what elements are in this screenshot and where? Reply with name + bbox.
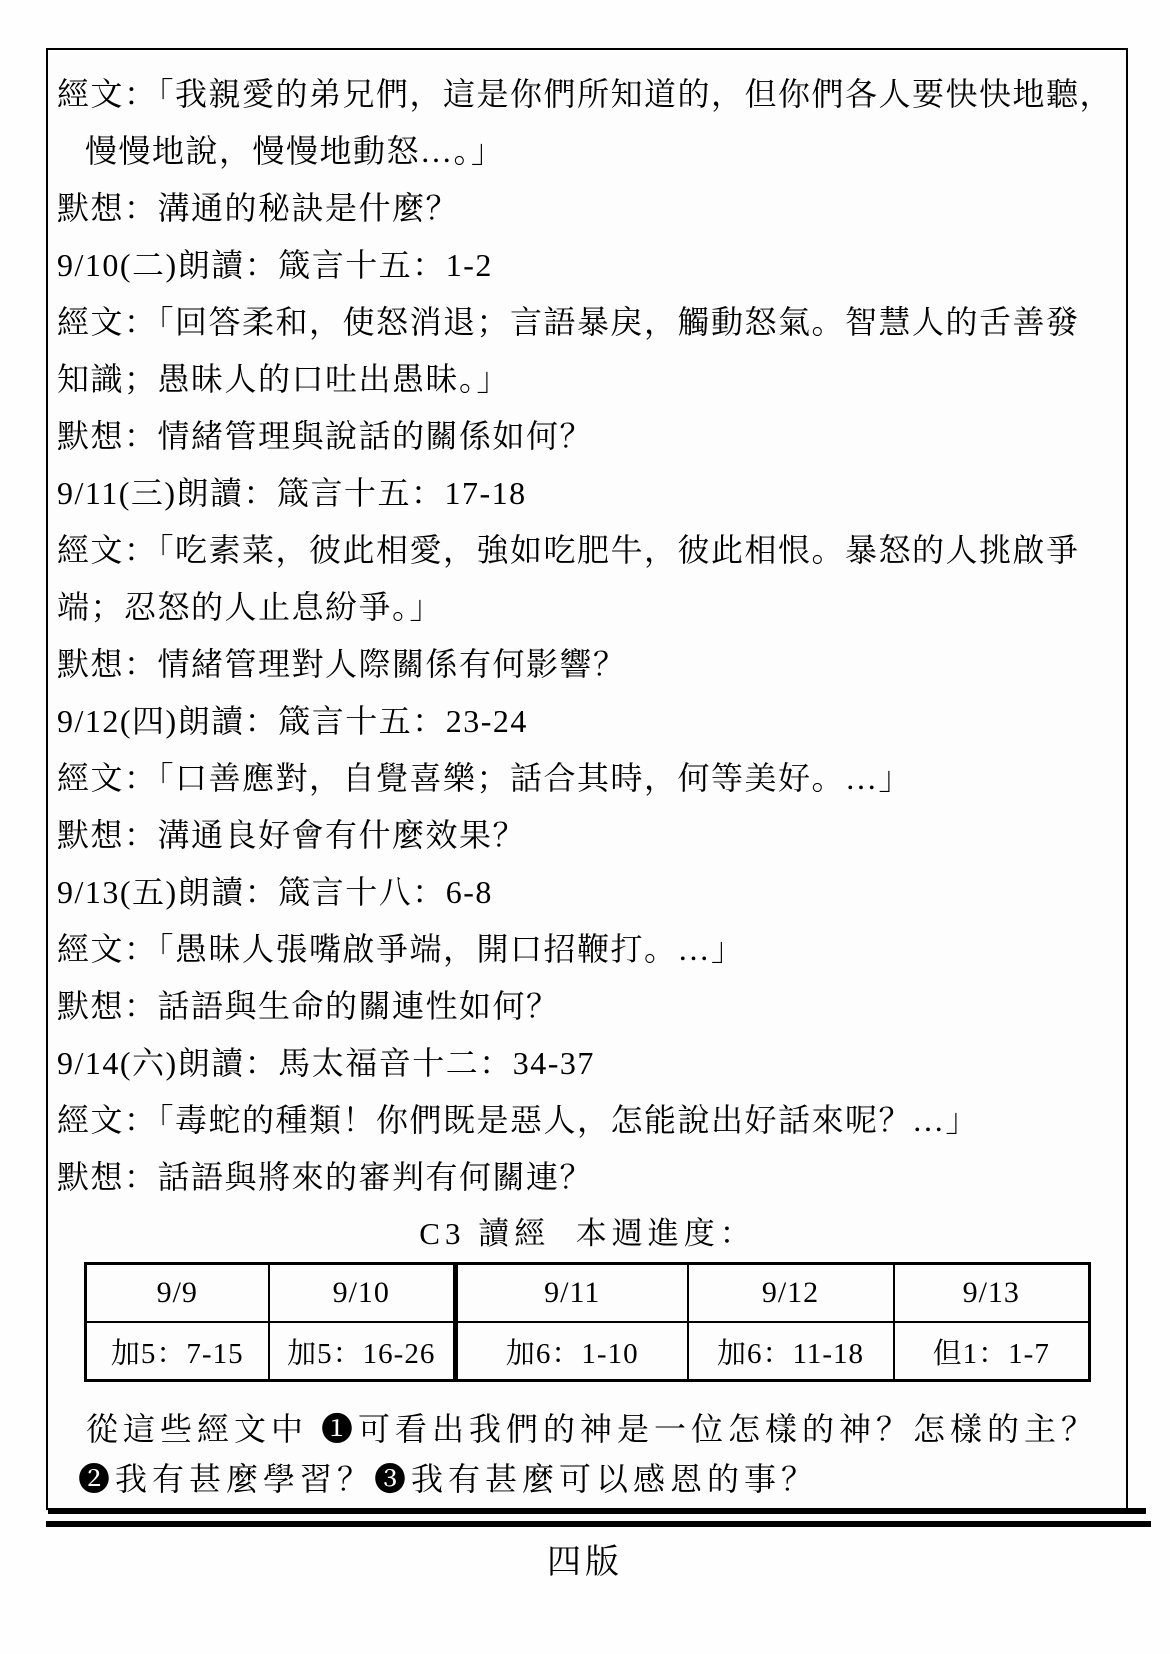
table-date-cell: 9/9 [86, 1264, 269, 1323]
reflection-question-2: ❷我有甚麼學習？❸我有甚麼可以感恩的事？ [57, 1454, 1118, 1504]
table-date-cell: 9/13 [894, 1264, 1090, 1323]
table-date-cell: 9/12 [688, 1264, 894, 1323]
reading-date-heading: 9/13(五)朗讀：箴言十八：6-8 [57, 864, 1118, 921]
reading-date-heading: 9/10(二)朗讀：箴言十五：1-2 [57, 237, 1118, 294]
meditation-line: 默想：情緒管理與說話的關係如何？ [57, 408, 1118, 465]
scripture-line-continued: 慢慢地說，慢慢地動怒…。」 [57, 123, 1118, 180]
table-reading-cell: 但1：1-7 [894, 1322, 1090, 1381]
scripture-line-continued: 端；忍怒的人止息紛爭。」 [57, 579, 1118, 636]
scripture-line: 經文：「毒蛇的種類！你們既是惡人，怎能說出好話來呢？…」 [57, 1092, 1118, 1149]
reflection-question-1: 從這些經文中 ❶可看出我們的神是一位怎樣的神？怎樣的主？ [57, 1404, 1118, 1454]
document-frame: 經文：「我親愛的弟兄們，這是你們所知道的，但你們各人要快快地聽， 慢慢地說，慢慢… [46, 48, 1128, 1510]
scripture-line-continued: 知識；愚昧人的口吐出愚昧。」 [57, 351, 1118, 408]
scripture-line: 經文：「回答柔和，使怒消退；言語暴戾，觸動怒氣。智慧人的舌善發 [57, 294, 1118, 351]
table-reading-cell: 加6：1-10 [456, 1322, 688, 1381]
divider-rule-bottom [46, 1521, 1151, 1527]
meditation-line: 默想：話語與將來的審判有何關連？ [57, 1149, 1118, 1206]
meditation-line: 默想：溝通的秘訣是什麼？ [57, 180, 1118, 237]
table-readings-row: 加5：7-15 加5：16-26 加6：1-10 加6：11-18 但1：1-7 [86, 1322, 1090, 1381]
table-reading-cell: 加5：7-15 [86, 1322, 269, 1381]
progress-table: 9/9 9/10 9/11 9/12 9/13 加5：7-15 加5：16-26… [84, 1262, 1091, 1382]
meditation-line: 默想：溝通良好會有什麼效果？ [57, 807, 1118, 864]
table-reading-cell: 加5：16-26 [269, 1322, 456, 1381]
page-number: 四版 [0, 1534, 1170, 1583]
table-date-cell: 9/11 [456, 1264, 688, 1323]
meditation-line: 默想：話語與生命的關連性如何？ [57, 978, 1118, 1035]
table-date-cell: 9/10 [269, 1264, 456, 1323]
scripture-line: 經文：「吃素菜，彼此相愛，強如吃肥牛，彼此相恨。暴怒的人挑啟爭 [57, 522, 1118, 579]
reading-date-heading: 9/11(三)朗讀：箴言十五：17-18 [57, 465, 1118, 522]
table-reading-cell: 加6：11-18 [688, 1322, 894, 1381]
progress-table-title: C3 讀經 本週進度： [57, 1206, 1118, 1262]
scripture-line: 經文：「口善應對，自覺喜樂；話合其時，何等美好。…」 [57, 750, 1118, 807]
scripture-line: 經文：「我親愛的弟兄們，這是你們所知道的，但你們各人要快快地聽， [57, 66, 1118, 123]
table-dates-row: 9/9 9/10 9/11 9/12 9/13 [86, 1264, 1090, 1323]
reading-date-heading: 9/14(六)朗讀：馬太福音十二：34-37 [57, 1035, 1118, 1092]
bulletin-page: 經文：「我親愛的弟兄們，這是你們所知道的，但你們各人要快快地聽， 慢慢地說，慢慢… [0, 0, 1170, 1654]
meditation-line: 默想：情緒管理對人際關係有何影響？ [57, 636, 1118, 693]
scripture-line: 經文：「愚昧人張嘴啟爭端，開口招鞭打。…」 [57, 921, 1118, 978]
divider-rule-top [48, 1508, 1146, 1514]
reading-date-heading: 9/12(四)朗讀：箴言十五：23-24 [57, 693, 1118, 750]
